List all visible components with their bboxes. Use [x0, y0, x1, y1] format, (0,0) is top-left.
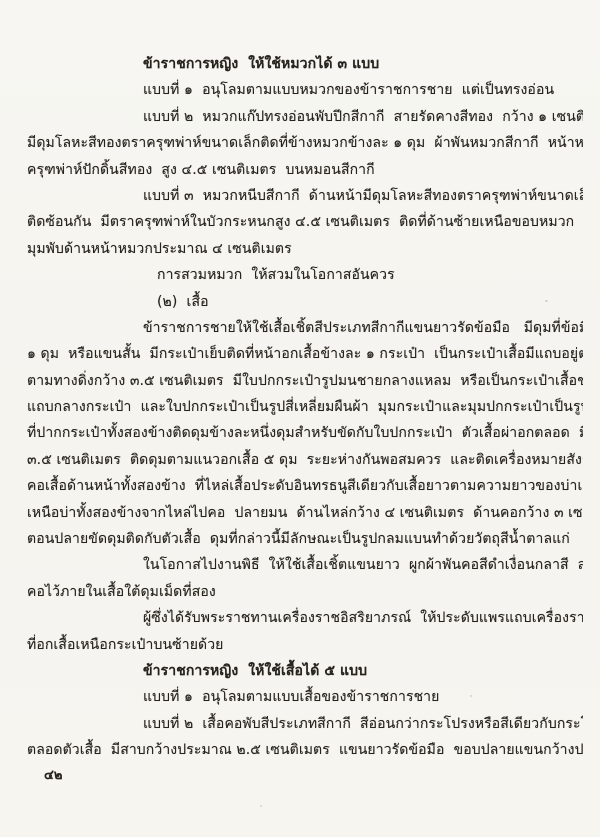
- text-line: มุมพับด้านหน้าหมวกประมาณ ๔ เซนติเมตร: [27, 236, 583, 262]
- text-line: ตามทางดิ่งกว้าง ๓.๕ เซนติเมตร มีใบปกกระเ…: [27, 368, 583, 394]
- text-line: การสวมหมวก ให้สวมในโอกาสอันควร: [27, 262, 583, 288]
- scan-speck: [470, 695, 472, 697]
- text-line: แบบที่ ๑ อนุโลมตามแบบหมวกของข้าราชการชาย…: [27, 77, 583, 103]
- text-line: แบบที่ ๓ หมวกหนีบสีกากี ด้านหน้ามีดุมโลห…: [27, 183, 583, 209]
- scan-speck: [260, 805, 262, 807]
- text-line: เหนือบ่าทั้งสองข้างจากไหล่ไปคอ ปลายมน ด้…: [27, 500, 583, 526]
- text-line: ผู้ซึ่งได้รับพระราชทานเครื่องราชอิสริยาภ…: [27, 605, 583, 631]
- text-line: คอเสื้อด้านหน้าทั้งสองข้าง ที่ไหล่เสื้อป…: [27, 473, 583, 499]
- text-line: ในโอกาสไปงานพิธี ให้ใช้เสื้อเชิ้ตแขนยาว …: [27, 552, 583, 578]
- text-line: ครุฑพ่าห์ปักดิ้นสีทอง สูง ๔.๕ เซนติเมตร …: [27, 157, 583, 183]
- document-text-block: ข้าราชการหญิง ให้ใช้หมวกได้ ๓ แบบ แบบที่…: [27, 51, 583, 764]
- text-line: ตอนปลายขัดดุมติดกับตัวเสื้อ ดุมที่กล่าวน…: [27, 526, 583, 552]
- text-line: ตลอดตัวเสื้อ มีสาบกว้างประมาณ ๒.๕ เซนติเ…: [27, 737, 583, 763]
- text-line: แบบที่ ๒ หมวกแก๊ปทรงอ่อนพับปีกสีกากี สาย…: [27, 104, 583, 130]
- text-line: แถบกลางกระเป๋า และใบปกกระเป๋าเป็นรูปสี่เ…: [27, 394, 583, 420]
- text-line: ข้าราชการชายให้ใช้เสื้อเชิ้ตสีประเภทสีกา…: [27, 315, 583, 341]
- text-line: แบบที่ ๑ อนุโลมตามแบบเสื้อของข้าราชการชา…: [27, 684, 583, 710]
- text-line: ๓.๕ เซนติเมตร ติดดุมตามแนวอกเสื้อ ๕ ดุม …: [27, 447, 583, 473]
- text-line: ๑ ดุม หรือแขนสั้น มีกระเป๋าเย็บติดที่หน้…: [27, 341, 583, 367]
- heading-line: ข้าราชการหญิง ให้ใช้หมวกได้ ๓ แบบ: [27, 51, 583, 77]
- text-line: ที่ปากกระเป๋าทั้งสองข้างติดดุมข้างละหนึ่…: [27, 420, 583, 446]
- section-label-line: (๒) เสื้อ: [27, 289, 583, 315]
- text-line: มีดุมโลหะสีทองตราครุฑพ่าห์ขนาดเล็กติดที่…: [27, 130, 583, 156]
- scan-speck: [545, 300, 548, 302]
- text-line: ที่อกเสื้อเหนือกระเป๋าบนซ้ายด้วย: [27, 632, 583, 658]
- text-line: ติดซ้อนกัน มีตราครุฑพ่าห์ในบัวกระหนกสูง …: [27, 209, 583, 235]
- document-page: ข้าราชการหญิง ให้ใช้หมวกได้ ๓ แบบ แบบที่…: [0, 0, 600, 837]
- page-number: ๔๒: [44, 764, 62, 785]
- text-line: คอไว้ภายในเสื้อใต้ดุมเม็ดที่สอง: [27, 579, 583, 605]
- text-line: แบบที่ ๒ เสื้อคอพับสีประเภทสีกากี สีอ่อน…: [27, 711, 583, 737]
- heading-line: ข้าราชการหญิง ให้ใช้เสื้อได้ ๕ แบบ: [27, 658, 583, 684]
